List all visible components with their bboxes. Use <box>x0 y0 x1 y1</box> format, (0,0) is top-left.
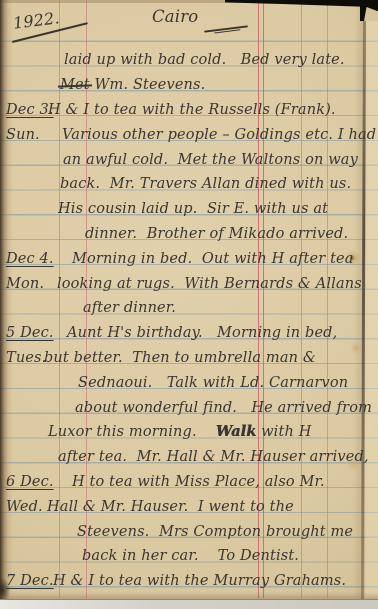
diary-line: an awful cold. Met the Waltons on way <box>0 148 374 173</box>
entry-text: an awful cold. Met the Waltons on way <box>63 148 358 173</box>
surface-below-page <box>0 599 378 609</box>
entry-text: Luxor this morning. Walk with H <box>48 420 312 445</box>
entry-date: Dec 4. <box>6 247 54 272</box>
entry-text: Various other people – Goldings etc. I h… <box>62 123 376 148</box>
diary-line: Tues.but better. Then to umbrella man & <box>0 346 374 371</box>
title-underline <box>204 25 248 32</box>
diary-line: 5 Dec.Aunt H's birthday. Morning in bed, <box>0 321 374 346</box>
diary-page-photo: 1922. Cairo laid up with bad cold. Bed v… <box>0 0 378 609</box>
diary-line: about wonderful find. He arrived from <box>0 396 374 421</box>
entry-text: laid up with bad cold. Bed very late. <box>64 48 345 73</box>
diary-line: Dec 3.H & I to tea with the Russells (Fr… <box>0 98 374 123</box>
entry-day: Mon. <box>6 272 44 297</box>
diary-line: His cousin laid up. Sir E. with us at <box>0 197 374 222</box>
entry-text: Sednaoui. Talk with Ld. Carnarvon <box>78 371 348 396</box>
diary-line: back. Mr. Travers Allan dined with us. <box>0 172 374 197</box>
entry-text: after dinner. <box>83 296 176 321</box>
entry-text: after tea. Mr. Hall & Mr. Hauser arrived… <box>58 445 369 470</box>
entry-text: dinner. Brother of Mikado arrived. <box>85 222 348 247</box>
entry-text: looking at rugs. With Bernards & Allans <box>57 272 362 297</box>
entry-day: Wed. <box>6 495 43 520</box>
entry-date: 6 Dec. <box>6 470 54 495</box>
entry-text: about wonderful find. He arrived from <box>75 396 372 421</box>
entry-text: back in her car. To Dentist. <box>82 544 299 569</box>
diary-line: dinner. Brother of Mikado arrived. <box>0 222 374 247</box>
diary-line: Steevens. Mrs Compton brought me <box>0 520 374 545</box>
diary-line: Wed.Hall & Mr. Hauser. I went to the <box>0 495 374 520</box>
entry-date: Dec 3. <box>6 98 54 123</box>
diary-line: Dec 4.Morning in bed. Out with H after t… <box>0 247 374 272</box>
entry-text: H & I to tea with the Murray Grahams. <box>53 569 346 594</box>
entry-day: Tues. <box>6 346 46 371</box>
diary-lines: 1922. Cairo laid up with bad cold. Bed v… <box>0 0 378 609</box>
entry-text: Aunt H's birthday. Morning in bed, <box>67 321 337 346</box>
entry-text: Hall & Mr. Hauser. I went to the <box>47 495 294 520</box>
entry-text: Steevens. Mrs Compton brought me <box>77 520 353 545</box>
diary-line: 7 Dec.H & I to tea with the Murray Graha… <box>0 569 374 594</box>
diary-line: 6 Dec.H to tea with Miss Place, also Mr. <box>0 470 374 495</box>
entry-text: Met Wm. Steevens. <box>60 73 205 98</box>
year-label: 1922. <box>12 8 61 33</box>
entry-text: Morning in bed. Out with H after tea <box>72 247 354 272</box>
diary-line: after dinner. <box>0 296 374 321</box>
overwritten-word: Walk <box>216 423 257 440</box>
diary-line: back in her car. To Dentist. <box>0 544 374 569</box>
entry-text: back. Mr. Travers Allan dined with us. <box>60 172 351 197</box>
entry-date: 5 Dec. <box>6 321 54 346</box>
diary-line: after tea. Mr. Hall & Mr. Hauser arrived… <box>0 445 374 470</box>
struck-word: Met <box>60 77 90 93</box>
entry-date: 7 Dec. <box>6 569 54 594</box>
entry-day: Sun. <box>6 123 40 148</box>
diary-line: Sun.Various other people – Goldings etc.… <box>0 123 374 148</box>
entry-text: His cousin laid up. Sir E. with us at <box>58 197 328 222</box>
entry-text: H & I to tea with the Russells (Frank). <box>48 98 336 123</box>
diary-line: Mon.looking at rugs. With Bernards & All… <box>0 272 374 297</box>
diary-line: Sednaoui. Talk with Ld. Carnarvon <box>0 371 374 396</box>
diary-line: Met Wm. Steevens. <box>0 73 374 98</box>
entry-text: but better. Then to umbrella man & <box>44 346 316 371</box>
diary-line: Luxor this morning. Walk with H <box>0 420 374 445</box>
page-title: Cairo <box>152 7 198 26</box>
diary-line: laid up with bad cold. Bed very late. <box>0 48 374 73</box>
entry-text: H to tea with Miss Place, also Mr. <box>72 470 325 495</box>
